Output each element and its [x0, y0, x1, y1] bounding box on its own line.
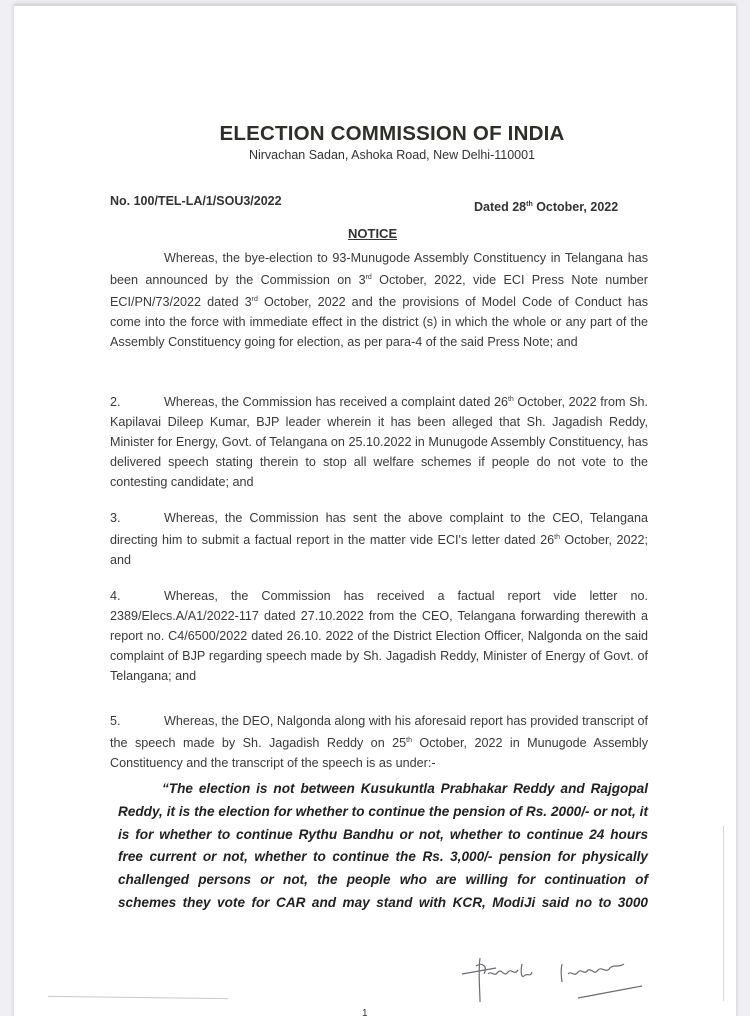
organization-title: ELECTION COMMISSION OF INDIA [48, 122, 736, 146]
paragraph-text: Whereas, the Commission has received a f… [110, 589, 648, 683]
paragraph-number: 2. [110, 392, 164, 412]
date-prefix: Dated 28 [474, 200, 526, 214]
reference-number: No. 100/TEL-LA/1/SOU3/2022 [110, 194, 282, 208]
date-suffix-sup: th [526, 201, 533, 208]
signature-icon [458, 954, 658, 1010]
paragraph-number: 5. [110, 711, 164, 731]
letterhead: ELECTION COMMISSION OF INDIA Nirvachan S… [14, 122, 736, 162]
paragraph-2: 2.Whereas, the Commission has received a… [110, 390, 648, 492]
paragraph-5: 5.Whereas, the DEO, Nalgonda along with … [110, 711, 648, 773]
organization-address: Nirvachan Sadan, Ashoka Road, New Delhi-… [48, 148, 736, 162]
quote-text: “The election is not between Kusukuntla … [118, 781, 648, 910]
page-number: 1 [362, 1008, 368, 1016]
paragraph-number: 3. [110, 508, 164, 528]
notice-title: NOTICE [348, 226, 397, 241]
date-month-year: October, 2022 [533, 200, 618, 214]
paragraph-4: 4.Whereas, the Commission has received a… [110, 586, 648, 686]
paragraph-number: 4. [110, 586, 164, 606]
scan-edge-line [723, 826, 724, 1001]
paragraph-text: October, 2022 from Sh. Kapilavai Dileep … [110, 395, 648, 489]
paragraph-text: Whereas, the Commission has received a c… [164, 395, 508, 409]
paragraph-1: Whereas, the bye-election to 93-Munugode… [110, 248, 648, 352]
speech-transcript-quote: “The election is not between Kusukuntla … [118, 778, 648, 915]
paragraph-3: 3.Whereas, the Commission has sent the a… [110, 508, 648, 570]
document-page: ELECTION COMMISSION OF INDIA Nirvachan S… [14, 4, 736, 1016]
footer-rule [48, 996, 228, 999]
notice-date: Dated 28th October, 2022 [474, 200, 618, 214]
